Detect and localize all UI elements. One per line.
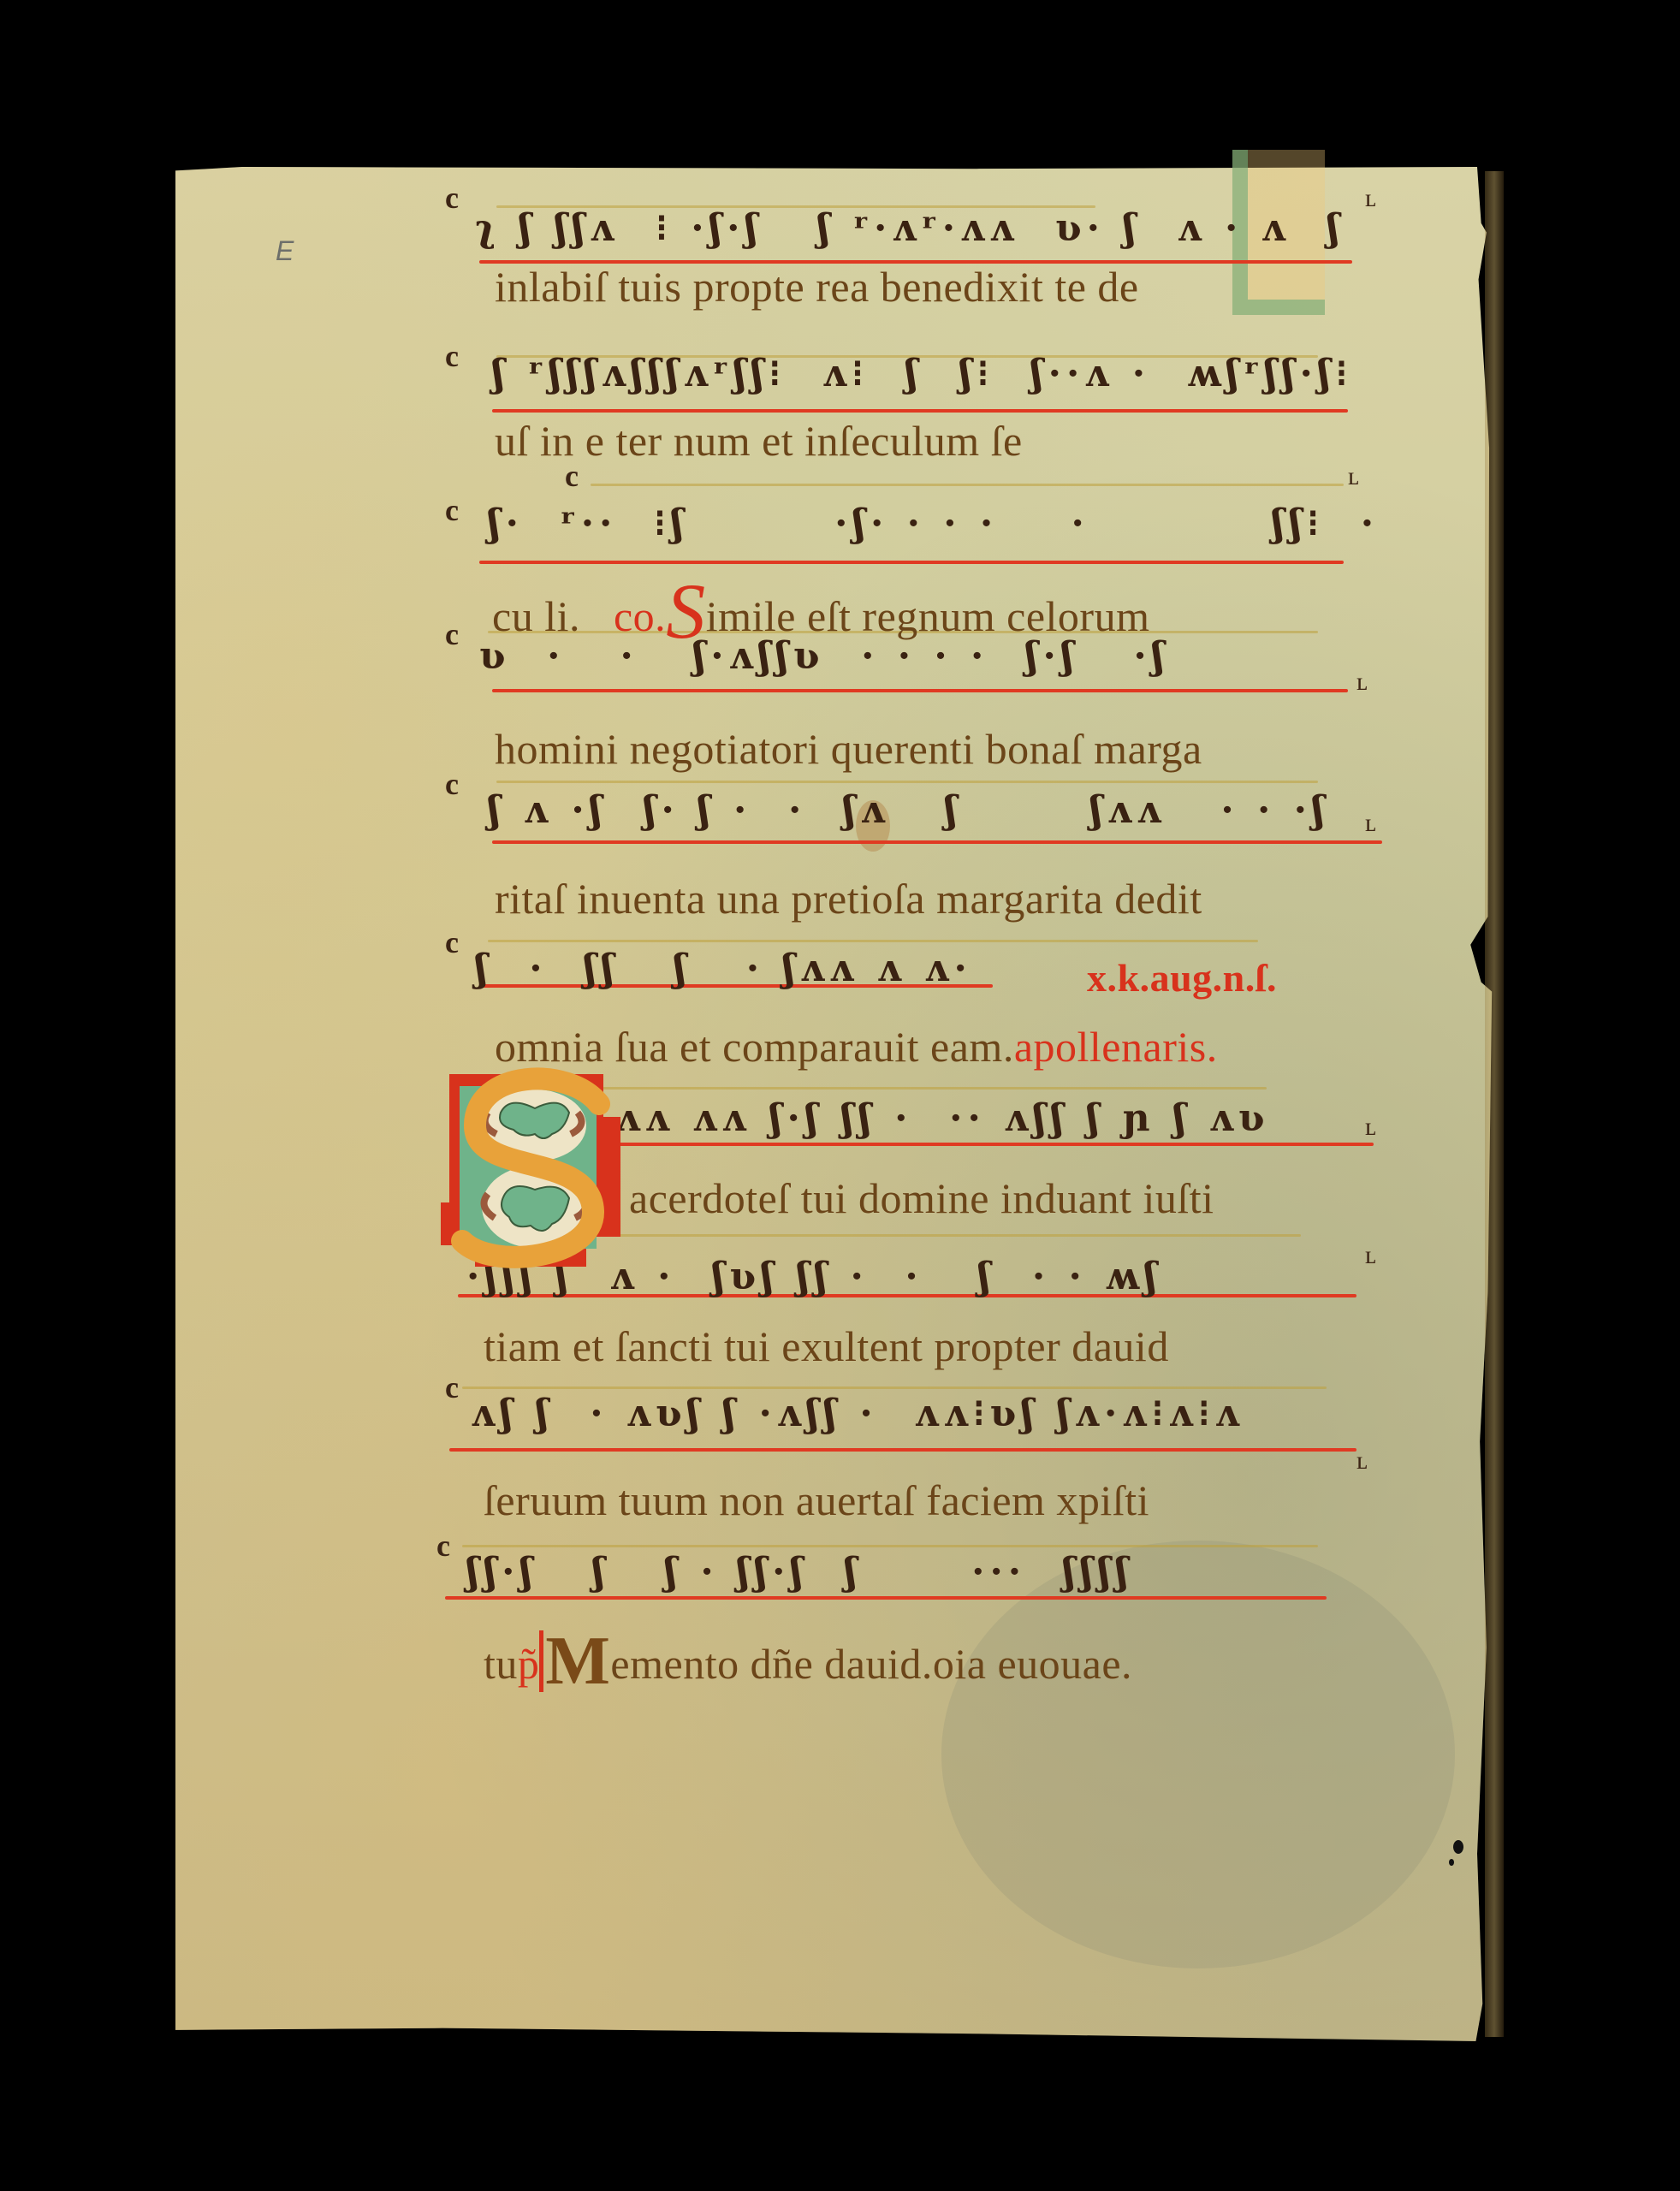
lyric-line-2: uſ in e ter num et inſeculum ſe — [495, 419, 1023, 462]
rubric-feast-date: x.k.aug.n.ſ. — [1087, 959, 1277, 998]
c-clef: c — [445, 338, 459, 374]
custos: ʟ — [1365, 1241, 1376, 1270]
c-clef: c — [445, 616, 459, 652]
lyric-line-5: ritaſ inuenta una pretioſa margarita ded… — [495, 877, 1202, 920]
custos: ʟ — [1365, 184, 1376, 213]
red-staff-line — [492, 689, 1348, 692]
red-staff-line — [492, 409, 1348, 413]
lyric-line-8: tiam et ſancti tui exultent propter daui… — [484, 1325, 1169, 1368]
lyric-line-9: ſeruum tuum non auertaſ faciem xpiſti — [484, 1479, 1149, 1522]
neume-line-6: ʃ · ʃʃ ʃ · ʃʌʌ ʌ ʌ· — [475, 950, 972, 988]
neume-line-9: ʌʃ ʃ · ʌʋʃ ʃ ·ʌʃʃ · ʌʌ⁝ʋʃ ʃʌ·ʌ⁝ʌ⁝ʌ — [471, 1395, 1244, 1433]
custos: ʟ — [1365, 809, 1376, 838]
neume-line-2: ʃ ʳʃʃʃʌʃʃʃʌʳʃʃ⁝ ʌ⁝ ʃ ʃ⁝ ʃ··ʌ · ʍʃʳʃʃ·ʃ⁝ — [492, 355, 1352, 393]
rubric-psalm-abbrev: p̃ — [518, 1640, 540, 1688]
rubric-initial-S: S — [666, 567, 706, 655]
drypoint-staff-line — [591, 484, 1344, 486]
lyric-line-10-start: tu — [484, 1640, 518, 1688]
hole-mark — [1449, 1859, 1454, 1866]
drypoint-staff-line — [462, 1386, 1327, 1389]
rubric-saint-name: apollenaris. — [1014, 1023, 1218, 1071]
shadow-stain — [941, 1541, 1455, 1968]
red-staff-line — [509, 1143, 1374, 1146]
drypoint-staff-line — [488, 940, 1258, 942]
drypoint-staff-line — [462, 1545, 1318, 1547]
red-staff-line — [449, 1448, 1356, 1452]
lyric-line-6-text: omnia ſua et comparauit eam. — [495, 1023, 1014, 1071]
lyric-line-3-start: cu li. — [492, 592, 580, 640]
red-staff-line — [445, 1596, 1327, 1600]
neume-line-3: ʃ· ʳ·· ⁝ʃ ·ʃ· · · · · ʃʃ⁝ · — [488, 505, 1379, 543]
illuminated-initial-S — [441, 1066, 629, 1271]
c-clef: c — [436, 1528, 450, 1564]
custos: ʟ — [1356, 668, 1368, 697]
custos: ʟ — [1348, 462, 1359, 491]
lyric-line-6: omnia ſua et comparauit eam.apollenaris. — [495, 1025, 1218, 1068]
c-clef: c — [445, 1369, 459, 1405]
lyric-line-4: homini negotiatori querenti bonaſ marga — [495, 727, 1202, 770]
rubric-communion-abbrev: co. — [614, 592, 666, 640]
custos: ʟ — [1365, 1113, 1376, 1142]
red-staff-line — [492, 840, 1382, 844]
drypoint-staff-line — [496, 781, 1318, 783]
lyric-line-10-text: emento dñe dauid.oia euouae. — [610, 1640, 1132, 1688]
lyric-line-3-text: imile eſt regnum celorum — [706, 592, 1150, 640]
red-staff-line — [479, 561, 1344, 564]
neume-line-5: ʃ ʌ ·ʃ ʃ· ʃ · · ʃʌ ʃ ʃʌʌ · · ·ʃ — [488, 792, 1330, 829]
c-clef: c — [445, 180, 459, 216]
drypoint-staff-line — [513, 1234, 1301, 1237]
c-clef: c — [445, 924, 459, 960]
c-clef: c — [445, 766, 459, 802]
lyric-line-1: inlabiſ tuis propte rea benedixit te de — [495, 265, 1139, 308]
leaf-right-edge — [1485, 171, 1504, 2037]
lyric-line-10: tup̃Memento dñe dauid.oia euouae. — [484, 1630, 1132, 1692]
neume-line-1: ʅ ʃ ʃʃʌ ⁝ ·ʃ·ʃ ʃ ʳ·ʌʳ·ʌʌ ʋ· ʃ ʌ · ʌ ʃ — [475, 210, 1345, 247]
custos: ʟ — [1356, 1446, 1368, 1476]
c-clef: c — [445, 492, 459, 528]
rubric-initial-M: M — [539, 1630, 610, 1692]
pencil-foliation-mark: E — [276, 235, 294, 267]
neume-line-10: ʃʃ·ʃ ʃ ʃ · ʃʃ·ʃ ʃ ··· ʃʃʃʃ — [466, 1553, 1133, 1591]
lyric-line-7: acerdoteſ tui domine induant iuſti — [629, 1177, 1214, 1220]
lyric-line-3: cu li. co.Simile eſt regnum celorum — [492, 572, 1149, 650]
hole-mark — [1453, 1840, 1463, 1854]
